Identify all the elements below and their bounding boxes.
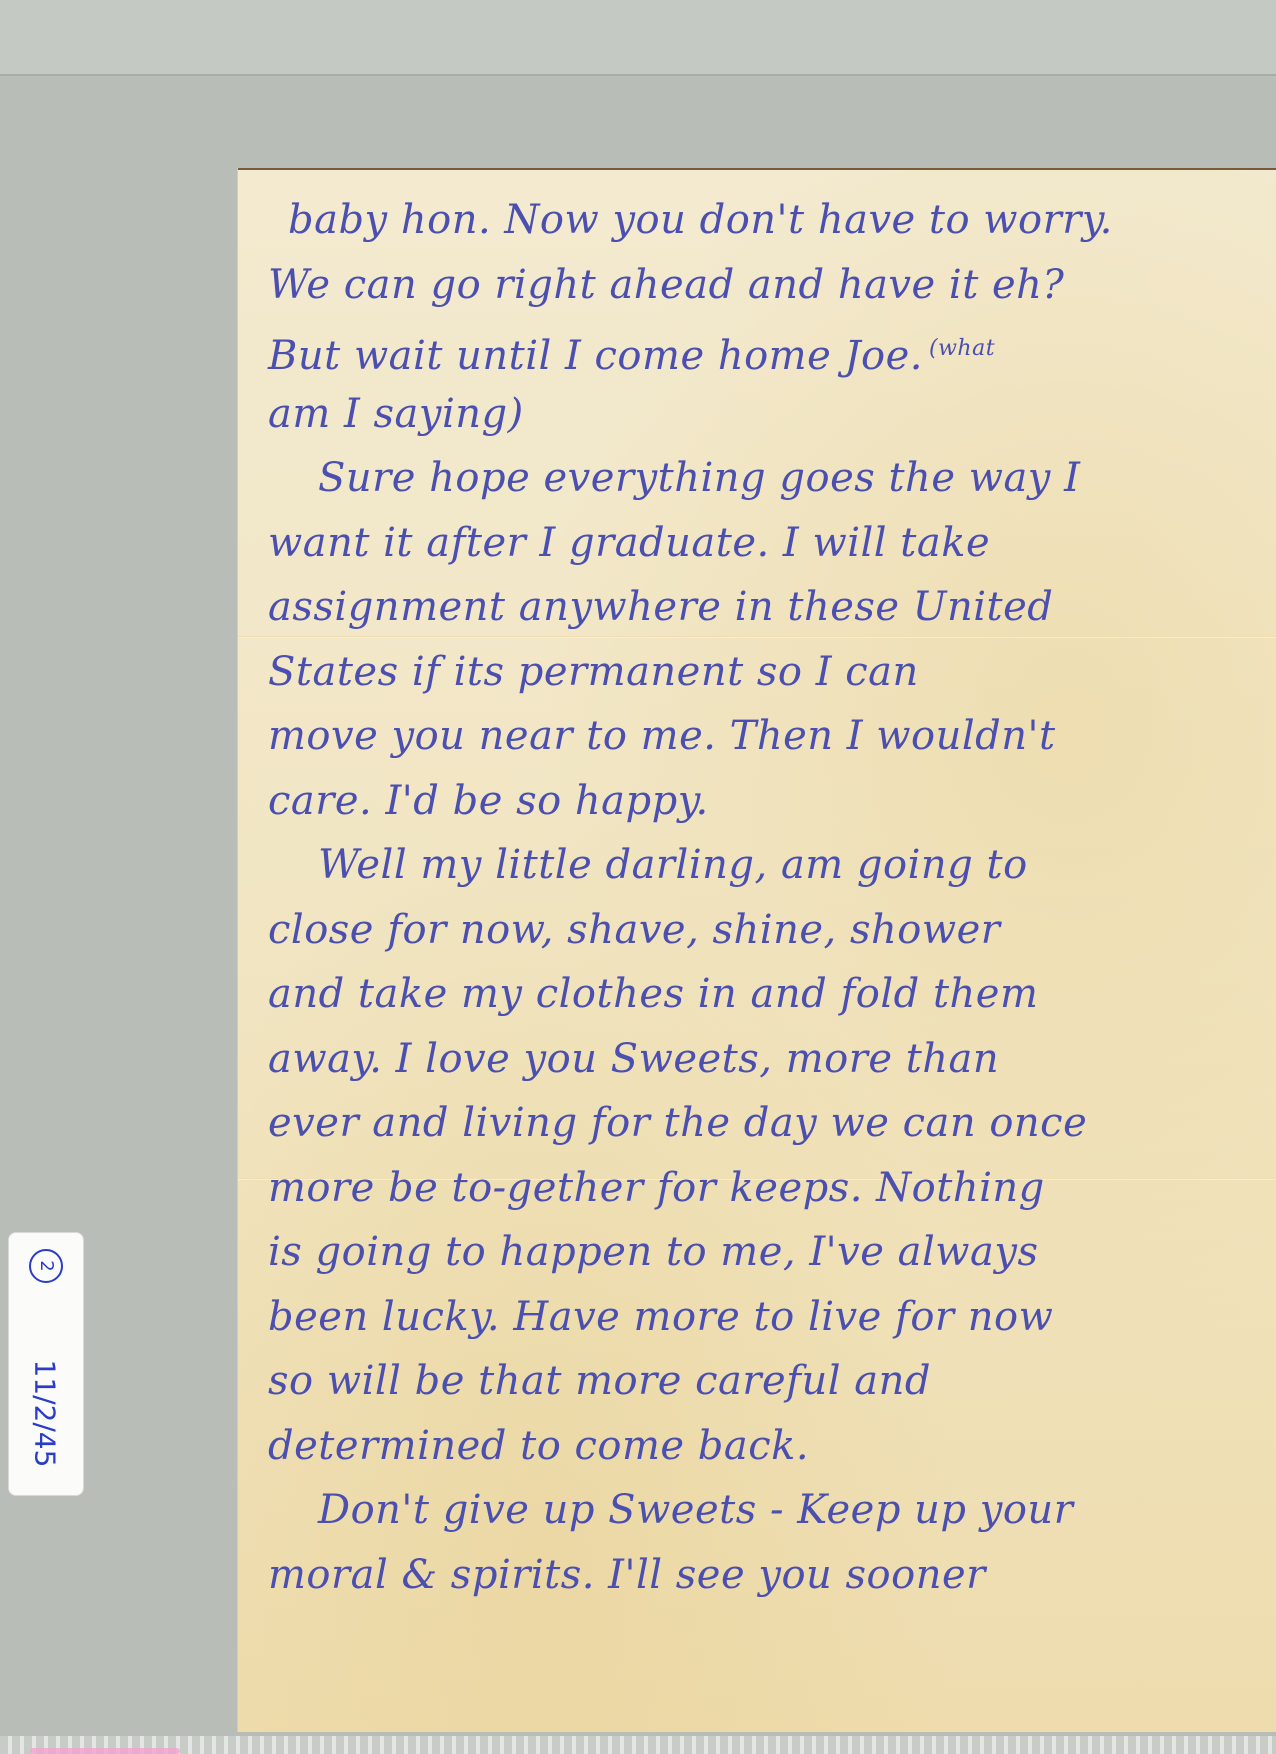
text-line: baby hon. Now you don't have to worry. <box>268 188 1258 253</box>
text-line: Well my little darling, am going to <box>268 833 1258 898</box>
letter-page: baby hon. Now you don't have to worry. W… <box>238 168 1276 1732</box>
text-line: am I saying) <box>268 382 1258 447</box>
text-line: ever and living for the day we can once <box>268 1091 1258 1156</box>
text-line: moral & spirits. I'll see you sooner <box>268 1543 1258 1608</box>
text-line: States if its permanent so I can <box>268 640 1258 705</box>
sleeve-top-edge <box>0 0 1276 76</box>
text-line: and take my clothes in and fold them <box>268 962 1258 1027</box>
text-line: away. I love you Sweets, more than <box>268 1027 1258 1092</box>
text-line: Sure hope everything goes the way I <box>268 446 1258 511</box>
text-line: care. I'd be so happy. <box>268 769 1258 834</box>
text-line: want it after I graduate. I will take <box>268 511 1258 576</box>
text-line: close for now, shave, shine, shower <box>268 898 1258 963</box>
text-line: more be to-gether for keeps. Nothing <box>268 1156 1258 1221</box>
margin-note: (what <box>929 336 995 361</box>
text-line: been lucky. Have more to live for now <box>268 1285 1258 1350</box>
text-line-main: But wait until I come home Joe. <box>268 333 923 379</box>
date-label-tag: 2 11/2/45 <box>8 1232 84 1496</box>
text-line: is going to happen to me, I've always <box>268 1220 1258 1285</box>
text-line: so will be that more careful and <box>268 1349 1258 1414</box>
text-line: Don't give up Sweets - Keep up your <box>268 1478 1258 1543</box>
date-label: 11/2/45 <box>29 1360 62 1460</box>
sleeve-pink-strip <box>30 1748 180 1754</box>
text-line: assignment anywhere in these United <box>268 575 1258 640</box>
text-line: move you near to me. Then I wouldn't <box>268 704 1258 769</box>
text-line: But wait until I come home Joe.(what <box>268 317 1258 382</box>
text-line: determined to come back. <box>268 1414 1258 1479</box>
text-line: We can go right ahead and have it eh? <box>268 253 1258 318</box>
sleeve-bottom-edge <box>0 1736 1276 1754</box>
handwritten-text: baby hon. Now you don't have to worry. W… <box>268 188 1258 1607</box>
page-number-circle: 2 <box>29 1249 63 1283</box>
